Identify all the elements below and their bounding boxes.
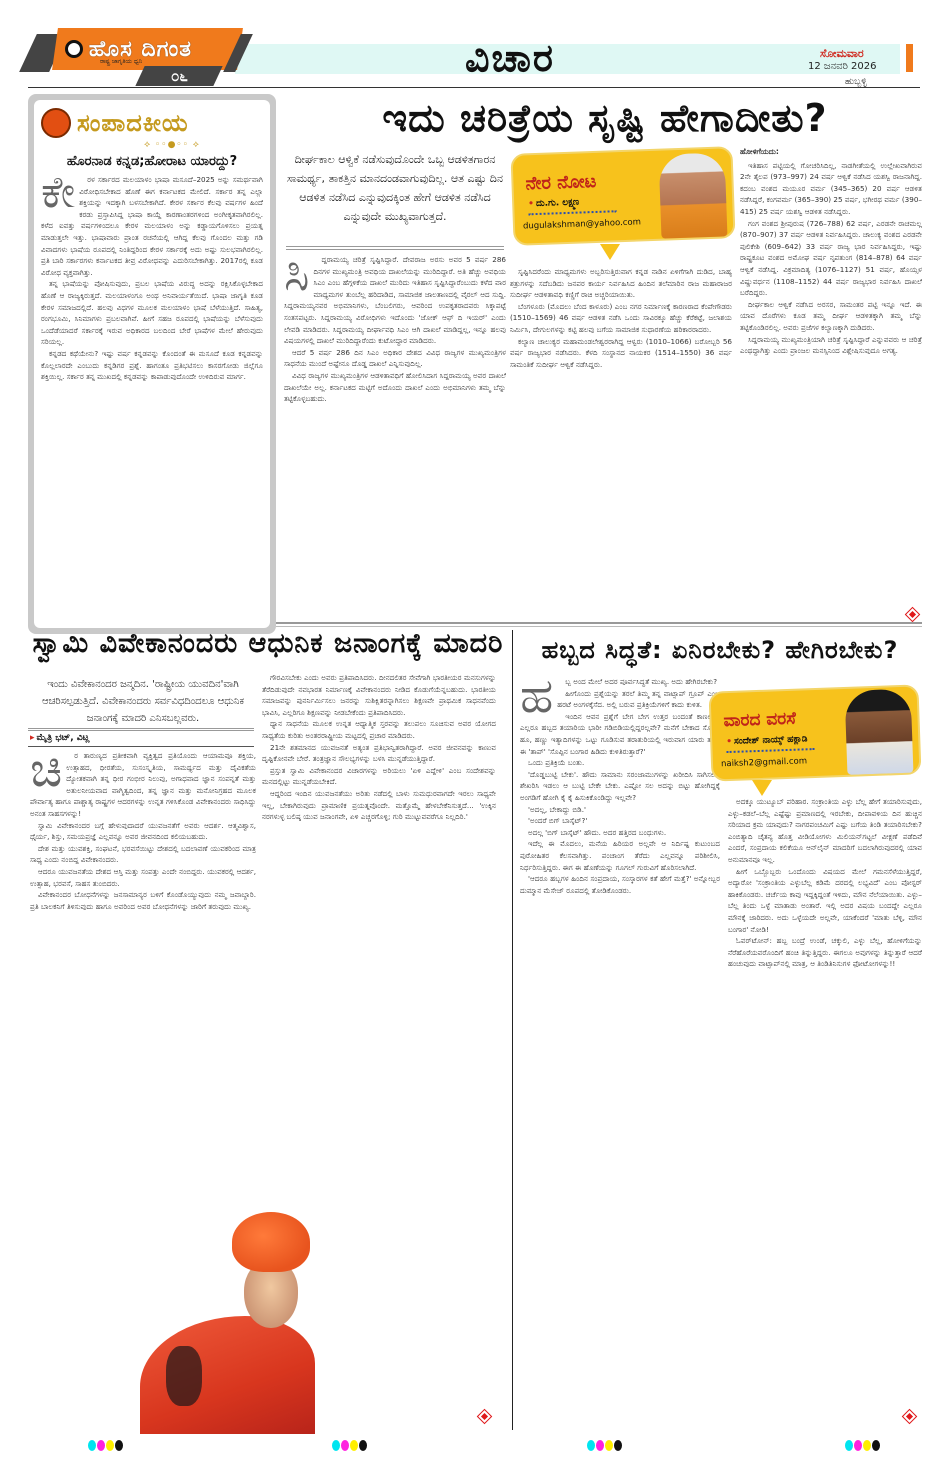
paragraph: ಪ್ರಸ್ತುತ ಸ್ವಾಮಿ ವಿವೇಕಾನಂದರ ವಿಚಾರಗಳನ್ನು ಅ… xyxy=(262,765,496,788)
column-name: ನೇರ ನೋಟ xyxy=(525,171,597,194)
paragraph: ವಿವಿಧ ರಾಜ್ಯಗಳ ಮುಖ್ಯಮಂತ್ರಿಗಳ ಆಡಳಿತಾವಧಿಗೆ … xyxy=(284,370,506,405)
byline-divider xyxy=(28,746,254,747)
dropcap: ಸಿ xyxy=(284,254,310,294)
section-title: ವಿಚಾರ xyxy=(465,36,555,81)
paragraph: ಸಿದ್ದರಾಮಯ್ಯ ಮುಖ್ಯಮಂತ್ರಿಯಾಗಿ ಚರಿತ್ರೆ ಸೃಷ್… xyxy=(740,334,922,357)
masthead-divider xyxy=(28,87,920,88)
dropcap: ಕೇ xyxy=(41,174,75,212)
cyan-dot xyxy=(845,1440,853,1451)
lead-article-column-1: ಸಿ ದ್ದರಾಮಯ್ಯ ಚರಿತ್ರೆ ಸೃಷ್ಟಿಸಿದ್ದಾರೆ. ದೇವ… xyxy=(284,254,506,614)
newspaper-logo[interactable]: ಹೊಸ ದಿಗಂತ xyxy=(52,28,243,70)
columnist-box-varada-varase: ವಾರದ ವರಸೆ ಸಂದೇಶ್ ನಾಯ್ಕ್ ಹಕ್ಲಾಡಿ naiksh2@… xyxy=(708,684,921,781)
paragraph: ದೀರ್ಘಕಾಲ ಆಳ್ವಿಕೆ ನಡೆಸಿದ ಅರಸರ, ಸಾಮಂತರ ಪಟ್… xyxy=(740,299,922,334)
columnist-email[interactable]: naiksh2@gmail.com xyxy=(721,756,807,769)
speech-pointer-icon xyxy=(600,244,620,260)
section-divider xyxy=(276,622,922,627)
masthead-band xyxy=(235,44,900,74)
magenta-dot xyxy=(341,1440,349,1451)
magenta-dot xyxy=(596,1440,604,1451)
paragraph: ಬೆಂಗಳೂರು (ಮೊದಲು ಬೆಂದ ಕಾಳೂರು) ಎಂಬ ನಗರ ನಿರ… xyxy=(510,301,732,336)
masthead-accent-bar xyxy=(906,44,913,72)
speech-pointer-icon xyxy=(752,780,772,796)
paragraph: ಆದರೂ ಯುವಜನತೆಯ ದೇಶದ ಆಸ್ತಿ ಮತ್ತು ಸಂಪತ್ತು ಎ… xyxy=(30,866,256,889)
paragraph: 'ಅದಲ್ಲ, ಬೇಕಾದ್ದು ಬಿಡಿ.' xyxy=(520,804,720,816)
festival-column-2: ಅದಕ್ಕೂ ಯುಟ್ಯೂಬ್ ಪರಿಹಾರ. ಸಂಕ್ರಾಂತಿಯ ಎಳ್ಳು… xyxy=(728,796,922,1428)
editorial-header: ಸಂಪಾದಕೀಯ xyxy=(41,106,263,140)
paragraph: ದೇಶ ಮತ್ತು ಯುವಶಕ್ತಿ, ಸಂಘಟನೆ, ಭರವಸೆಯಿಟ್ಟು … xyxy=(30,843,256,866)
paragraph: ಅದಲ್ಲ 'ಬಿಗ್ ಬಾಸ್ಕೆಟ್' ಹೌದು. ಅದರ ಹತ್ತಿರದ … xyxy=(520,827,720,839)
paragraph: ಸ್ವಾಮಿ ವಿವೇಕಾನಂದರ ಬಗ್ಗೆ ಹೇಳುವುದಾದರೆ ಯುವಜ… xyxy=(30,820,256,843)
lead-article-deck: ದೀರ್ಘಕಾಲ ಆಳ್ವಿಕೆ ನಡೆಸುವುದೊಂದೇ ಒಬ್ಬ ಆಡಳಿತ… xyxy=(286,150,504,226)
black-dot xyxy=(872,1440,880,1451)
paragraph: 21ನೇ ಶತಮಾನದ ಯುವಜನತೆ ಅತ್ಯಂತ ಪ್ರತಿಭಾನ್ವಿತರ… xyxy=(262,742,496,765)
logo-tagline: ರಾಷ್ಟ್ರ ಜಾಗೃತಿಯ ಧ್ವನಿ xyxy=(100,58,142,66)
paragraph: ಹೀಗೆ ಒಬ್ಬೊಬ್ಬರು ಒಂದೊಂದು ವಿಷಯದ ಮೇಲೆ ಗಮನಸೆ… xyxy=(728,866,922,936)
editorial-emblem-icon xyxy=(41,108,71,138)
dropcap: ಹ xyxy=(520,676,553,716)
yellow-dot xyxy=(863,1440,871,1451)
columnist-name: ದು.ಗು. ಲಕ್ಷ್ಮಣ xyxy=(528,198,579,210)
paragraph: 'ದೊಡ್ಡಬುಟ್ಟಿ ಬೇಕು'. ಹೌದು ಸಾಮಾನು ಸರಂಜಾಮುಗ… xyxy=(520,769,720,804)
paragraph: ವಿವೇಕಾನಂದರ ಬೋಧನೆಗಳನ್ನು ಜನಸಾಮಾನ್ಯರ ಬಳಿಗೆ … xyxy=(30,889,256,912)
column-name: ವಾರದ ವರಸೆ xyxy=(723,709,796,732)
paragraph: ಅದಕ್ಕೂ ಯುಟ್ಯೂಬ್ ಪರಿಹಾರ. ಸಂಕ್ರಾಂತಿಯ ಎಳ್ಳು… xyxy=(728,796,922,866)
ornament-divider: ⟡ ◦◦●◦◦ ⟡ xyxy=(81,140,263,150)
editorial-body: ಕೇ ರಳ ಸರ್ಕಾರದ ಮಲಯಾಳಂ ಭಾಷಾ ಮಸೂದೆ–2025 ಅನ್… xyxy=(41,174,263,383)
paragraph: ಆದರೆ 5 ವರ್ಷ 286 ದಿನ ಸಿಎಂ ಅಧಿಕಾರ ದೇಶದ ವಿವ… xyxy=(284,347,506,370)
dropcap: ಚಿ xyxy=(30,750,62,790)
edition-city: ಹುಬ್ಬಳ್ಳಿ xyxy=(845,77,867,87)
lead-article-headline[interactable]: ಇದು ಚರಿತ್ರೆಯ ಸೃಷ್ಟಿ ಹೇಗಾದೀತು? xyxy=(290,96,920,141)
black-dot xyxy=(614,1440,622,1451)
column-divider xyxy=(512,630,513,1430)
paragraph: ರ ತಾರುಣ್ಯದ ಪ್ರತೀಕವಾಗಿ ವ್ಯಕ್ತಿತ್ವದ ಪ್ರತಿಯ… xyxy=(30,750,256,820)
paragraph: ಕನ್ನಡದ ಕಥೆಯೇನು? ಇಷ್ಟು ವರ್ಷ ಕನ್ನಡವನ್ನು ಕೊ… xyxy=(41,348,263,383)
portrait-shadow xyxy=(166,1346,202,1406)
byline-divider xyxy=(28,728,254,731)
paragraph: ಸೃಷ್ಟಿಸಿದರೆಂದು ಮಾಧ್ಯಮಗಳು ಅಬ್ಬರಿಸುತ್ತಿರುವ… xyxy=(510,266,732,301)
registration-mark xyxy=(845,1440,880,1451)
lead-article-column-2: ಸೃಷ್ಟಿಸಿದರೆಂದು ಮಾಧ್ಯಮಗಳು ಅಬ್ಬರಿಸುತ್ತಿರುವ… xyxy=(510,266,732,616)
paragraph: ಇತಿಹಾಸ ಪಟ್ಟಿಯಲ್ಲಿ ಗೋಚರಿಸಿದಿಲ್ಲ, ನಾಡಗೀತೆಯ… xyxy=(740,160,922,218)
editorial-box: ಸಂಪಾದಕೀಯ ⟡ ◦◦●◦◦ ⟡ ಹೊರನಾಡ ಕನ್ನಡ;ಹೋರಾಟ ಯಾ… xyxy=(28,94,276,634)
yellow-dot xyxy=(350,1440,358,1451)
editorial-headline[interactable]: ಹೊರನಾಡ ಕನ್ನಡ;ಹೋರಾಟ ಯಾರದ್ದು? xyxy=(41,154,263,169)
columnist-name: ಸಂದೇಶ್ ನಾಯ್ಕ್ ಹಕ್ಲಾಡಿ xyxy=(726,734,808,747)
magenta-dot xyxy=(97,1440,105,1451)
logo-emblem-icon xyxy=(65,40,83,58)
dotted-divider xyxy=(529,210,617,215)
vivekananda-article-deck: ಇಂದು ವಿವೇಕಾನಂದರ ಜನ್ಮದಿನ. 'ರಾಷ್ಟ್ರೀಯ ಯುವದ… xyxy=(28,676,258,727)
cyan-dot xyxy=(587,1440,595,1451)
yellow-dot xyxy=(605,1440,613,1451)
columnist-photo xyxy=(845,689,914,775)
dotted-divider xyxy=(727,748,815,753)
portrait-turban xyxy=(232,1212,310,1272)
paragraph: ಗೌರವಿಸಬೇಕು ಎಂದು ಅವರು ಪ್ರತಿಪಾದಿಸಿದರು. ದೀನ… xyxy=(262,672,496,718)
masthead: ಹೊಸ ದಿಗಂತ ರಾಷ್ಟ್ರ ಜಾಗೃತಿಯ ಧ್ವನಿ ೦೬ ವಿಚಾರ… xyxy=(0,0,945,90)
deck-divider xyxy=(286,246,504,250)
paragraph: ಒಂದು ಪ್ರತಿಕ್ರಿಯೆ ಬಂತು. xyxy=(520,757,720,769)
paragraph: ಇದೆಲ್ಲ ಈ ಮೊದಲು, ಮನೆಯ ಹಿರಿಯರ ಅಲ್ಲವೇ ಆ ನಿರ… xyxy=(520,838,720,873)
publication-day: ಸೋಮವಾರ xyxy=(820,47,864,61)
columnist-photo xyxy=(659,152,728,238)
columnist-email[interactable]: dugulakshman@yahoo.com xyxy=(523,217,641,231)
yellow-dot xyxy=(106,1440,114,1451)
column-subhead: ಹೋಳಿಗೆಯದು: xyxy=(740,146,922,158)
festival-column-1: ಹ ಬ್ಬ ಅಂದ ಮೇಲೆ ಅದರ ಪೂರ್ವಸಿದ್ಧತೆ ಮುಖ್ಯ. ಅ… xyxy=(520,676,720,1428)
paragraph: ಕಲ್ಯಾಣ ಚಾಲುಕ್ಯರ ಮಹಾಮಂಡಲೇಶ್ವರರಾಗಿದ್ದ ಆಳ್ವ… xyxy=(510,336,732,371)
festival-article-headline[interactable]: ಹಬ್ಬದ ಸಿದ್ಧತೆ: ಏನಿರಬೇಕು? ಹೇಗಿರಬೇಕು? xyxy=(518,636,922,664)
registration-mark xyxy=(332,1440,367,1451)
byline: ಮೈತ್ರಿ ಭಟ್, ವಿಟ್ಲ xyxy=(30,733,90,743)
black-dot xyxy=(359,1440,367,1451)
paragraph: ಆದ್ದರಿಂದ ಇಂದಿನ ಯುವಜನತೆಯು ಅರಿತು ನಡೆದಲ್ಲಿ … xyxy=(262,788,496,823)
magenta-dot xyxy=(854,1440,862,1451)
paragraph: ಗಂಗ ವಂಶದ ಶ್ರೀಪುರುಷ (726–788) 62 ವರ್ಷ, ಎರ… xyxy=(740,218,922,299)
editorial-label: ಸಂಪಾದಕೀಯ xyxy=(77,109,189,137)
registration-mark xyxy=(88,1440,123,1451)
paragraph: 'ಅಂದರೆ ಬಿಗ್ ಬಾಸ್ಕೆಟ್?' xyxy=(520,815,720,827)
lead-article-column-3: ಹೋಳಿಗೆಯದು: ಇತಿಹಾಸ ಪಟ್ಟಿಯಲ್ಲಿ ಗೋಚರಿಸಿದಿಲ್… xyxy=(740,146,922,618)
registration-mark xyxy=(587,1440,622,1451)
cyan-dot xyxy=(88,1440,96,1451)
cyan-dot xyxy=(332,1440,340,1451)
page-number: ೦೬ xyxy=(135,66,222,86)
paragraph: ಧ್ಯಾನ ಸಾಧನೆಯ ಮೂಲಕ ಉನ್ನತ ಆಧ್ಯಾತ್ಮಿಕ ಸ್ತರವ… xyxy=(262,718,496,741)
paragraph: 'ಆದರೂ ಹಬ್ಬಗಳ ಹಿಂದಿನ ಸಂಪ್ರದಾಯ, ಸಂಸ್ಕಾರಗಳ … xyxy=(520,873,720,896)
vivekananda-article-headline[interactable]: ಸ್ವಾಮಿ ವಿವೇಕಾನಂದರು ಆಧುನಿಕ ಜನಾಂಗಕ್ಕೆ ಮಾದರ… xyxy=(28,628,508,660)
paragraph: ತನ್ನ ಭಾಷೆಯನ್ನು ಪೋಷಿಸುವುದು, ಪ್ರಬಲ ಭಾಷೆಯ ವ… xyxy=(41,278,263,348)
paragraph: ಓವರ್‌ಟೋನ್: ಹಬ್ಬ ಬಂದ್ರೆ ಉಂಡೆ, ಚಕ್ಕುಲಿ, ಎಳ… xyxy=(728,935,922,970)
columnist-box-nera-nota: ನೇರ ನೋಟ ದು.ಗು. ಲಕ್ಷ್ಮಣ dugulakshman@yaho… xyxy=(510,146,735,246)
vivekananda-portrait xyxy=(140,1212,315,1434)
black-dot xyxy=(115,1440,123,1451)
publication-date: 12 ಜನವರಿ 2026 xyxy=(808,61,877,72)
paragraph: ದ್ದರಾಮಯ್ಯ ಚರಿತ್ರೆ ಸೃಷ್ಟಿಸಿದ್ದಾರೆ. ದೇವರಾಜ… xyxy=(284,254,506,347)
